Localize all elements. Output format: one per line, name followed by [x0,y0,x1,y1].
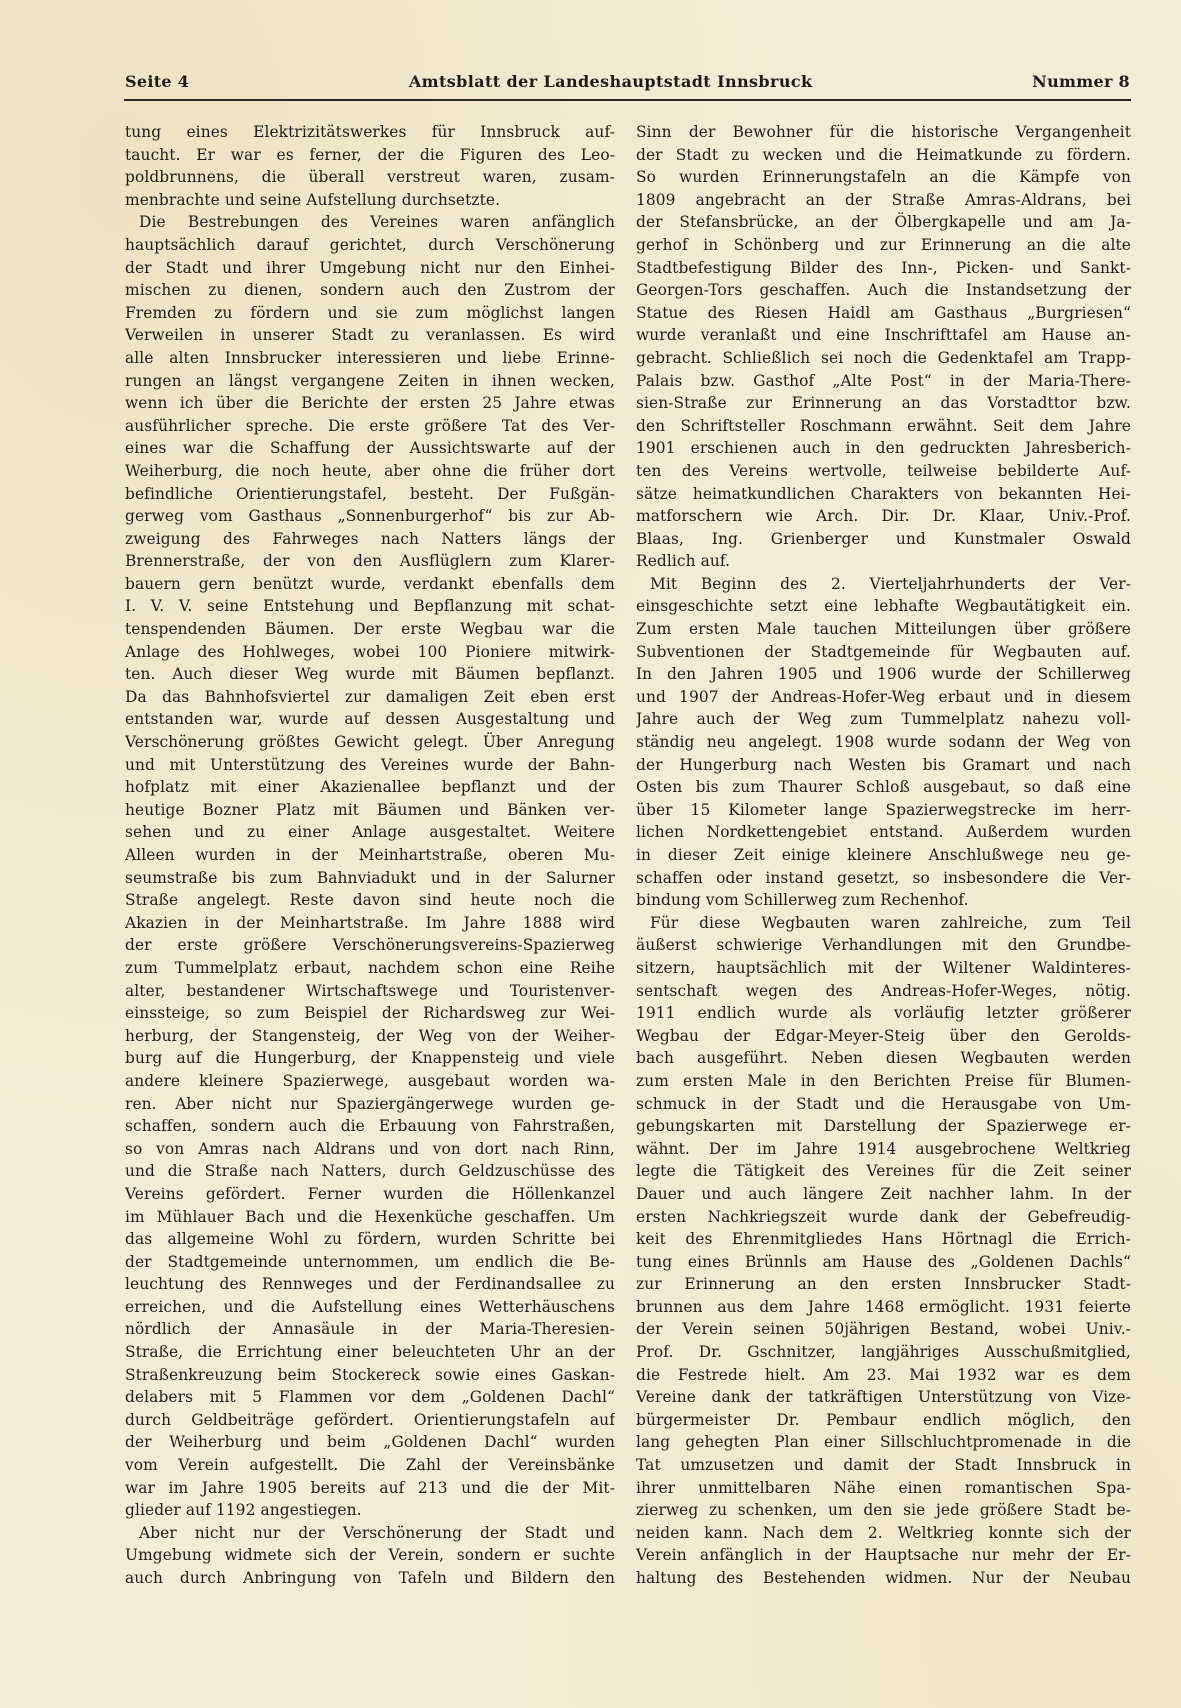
text-line: Für diese Wegbauten waren zahlreiche, zu… [636,912,1131,935]
text-line: taucht. Er war es ferner, der die Figure… [125,144,615,167]
text-line: lichen Nordkettengebiet entstand. Außerd… [636,821,1131,844]
newspaper-page: Seite 4 Amtsblatt der Landeshauptstadt I… [0,0,1181,1708]
text-line: Aber nicht nur der Verschönerung der Sta… [125,1522,615,1545]
text-line: der Stefansbrücke, an der Ölbergkapelle … [636,211,1131,234]
text-line: In den Jahren 1905 und 1906 wurde der Sc… [636,663,1131,686]
text-line: tung eines Brünnls am Hause des „Goldene… [636,1251,1131,1274]
text-line: die Festrede hielt. Am 23. Mai 1932 war … [636,1364,1131,1387]
page-number: Seite 4 [125,72,189,91]
text-line: Stadtbefestigung Bilder des Inn-, Picken… [636,257,1131,280]
text-line: ständig neu angelegt. 1908 wurde sodann … [636,731,1131,754]
text-line: Straße angelegt. Reste davon sind heute … [125,889,615,912]
text-line: andere kleinere Spazierwege, ausgebaut w… [125,1070,615,1093]
text-line: zweigung des Fahrweges nach Natters läng… [125,528,615,551]
text-line: zum Tummelplatz erbaut, nachdem schon ei… [125,957,615,980]
text-line: Vereine dank der tatkräftigen Unterstütz… [636,1386,1131,1409]
text-line: Sinn der Bewohner für die historische Ve… [636,121,1131,144]
text-line: Palais bzw. Gasthof „Alte Post“ in der M… [636,370,1131,393]
text-line: befindliche Orientierungstafel, besteht.… [125,483,615,506]
text-line: rungen an längst vergangene Zeiten in ih… [125,370,615,393]
issue-number: Nummer 8 [1032,72,1130,91]
text-line: und die Straße nach Natters, durch Geldz… [125,1160,615,1183]
text-line: der Hungerburg nach Westen bis Gramart u… [636,754,1131,777]
text-line: gerhof in Schönberg und zur Erinnerung a… [636,234,1131,257]
text-line: hofplatz mit einer Akazienallee bepflanz… [125,776,615,799]
text-line: ten. Auch dieser Weg wurde mit Bäumen be… [125,663,615,686]
text-line: Verweilen in unserer Stadt zu veranlasse… [125,324,615,347]
text-line: gebracht. Schließlich sei noch die Geden… [636,347,1131,370]
text-line: keit des Ehrenmitgliedes Hans Hörtnagl d… [636,1228,1131,1251]
text-line: bürgermeister Dr. Pembaur endlich möglic… [636,1409,1131,1432]
page-header: Seite 4 Amtsblatt der Landeshauptstadt I… [125,72,1130,98]
text-line: Statue des Riesen Haidl am Gasthaus „Bur… [636,302,1131,325]
text-line: auch durch Anbringung von Tafeln und Bil… [125,1567,615,1590]
text-line: Verein anfänglich in der Hauptsache nur … [636,1544,1131,1567]
text-line: tenspendenden Bäumen. Der erste Wegbau w… [125,618,615,641]
text-line: sien-Straße zur Erinnerung an das Vorsta… [636,392,1131,415]
text-line: Subventionen der Stadtgemeinde für Wegba… [636,641,1131,664]
text-line: war im Jahre 1905 bereits auf 213 und di… [125,1477,615,1500]
text-line: heutige Bozner Platz mit Bäumen und Bänk… [125,799,615,822]
text-line: das allgemeine Wohl zu fördern, wurden S… [125,1228,615,1251]
text-line: gerweg vom Gasthaus „Sonnenburgerhof“ bi… [125,505,615,528]
text-column-left: tung eines Elektrizitätswerkes für Innsb… [125,121,615,1590]
text-line: der Verein seinen 50jährigen Bestand, wo… [636,1318,1131,1341]
text-line: Georgen-Tors geschaffen. Auch die Instan… [636,279,1131,302]
text-line: einsgeschichte setzt eine lebhafte Wegba… [636,595,1131,618]
text-line: Die Bestrebungen des Vereines waren anfä… [125,211,615,234]
text-line: alter, bestandener Wirtschaftswege und T… [125,980,615,1003]
text-line: herburg, der Stangensteig, der Weg von d… [125,1025,615,1048]
text-line: zur Erinnerung an den ersten Innsbrucker… [636,1273,1131,1296]
text-line: lang gehegten Plan einer Sillschluchtpro… [636,1431,1131,1454]
text-line: Tat umzusetzen und damit der Stadt Innsb… [636,1454,1131,1477]
text-line: sehen und zu einer Anlage ausgestaltet. … [125,821,615,844]
text-line: mischen zu dienen, sondern auch den Zust… [125,279,615,302]
text-line: legte die Tätigkeit des Vereines für die… [636,1160,1131,1183]
text-line: so von Amras nach Aldrans und von dort n… [125,1138,615,1161]
text-line: der erste größere Verschönerungsvereins-… [125,934,615,957]
text-line: Wegbau der Edgar-Meyer-Steig über den Ge… [636,1025,1131,1048]
text-line: Umgebung widmete sich der Verein, sonder… [125,1544,615,1567]
text-line: Dauer und auch längere Zeit nachher lahm… [636,1183,1131,1206]
text-line: Akazien in der Meinhartstraße. Im Jahre … [125,912,615,935]
text-line: So wurden Erinnerungstafeln an die Kämpf… [636,166,1131,189]
text-line: burg auf die Hungerburg, der Knappenstei… [125,1047,615,1070]
text-line: 1911 endlich wurde als vorläufig letzter… [636,1002,1131,1025]
text-line: der Weiherburg und beim „Goldenen Dachl“… [125,1431,615,1454]
text-line: haltung des Bestehenden widmen. Nur der … [636,1567,1131,1590]
text-line: Straße, die Errichtung einer beleuchtete… [125,1341,615,1364]
text-line: wenn ich über die Berichte der ersten 25… [125,392,615,415]
text-line: einssteige, so zum Beispiel der Richards… [125,1002,615,1025]
text-line: Mit Beginn des 2. Vierteljahrhunderts de… [636,573,1131,596]
text-line: 1901 erschienen auch in den gedruckten J… [636,437,1131,460]
text-line: Weiherburg, die noch heute, aber ohne di… [125,460,615,483]
text-line: Prof. Dr. Gschnitzer, langjähriges Aussc… [636,1341,1131,1364]
text-line: Da das Bahnhofsviertel zur damaligen Zei… [125,686,615,709]
text-line: Redlich auf. [636,550,1131,573]
text-line: brunnen aus dem Jahre 1468 ermöglicht. 1… [636,1296,1131,1319]
text-line: zum ersten Male in den Berichten Preise … [636,1070,1131,1093]
text-line: Verschönerung größtes Gewicht gelegt. Üb… [125,731,615,754]
text-line: durch Geldbeiträge gefördert. Orientieru… [125,1409,615,1432]
text-line: delabers mit 5 Flammen vor dem „Goldenen… [125,1386,615,1409]
text-line: alle alten Innsbrucker interessieren und… [125,347,615,370]
text-line: ihrer unmittelbaren Nähe einen romantisc… [636,1477,1131,1500]
text-line: wurde veranlaßt und eine Inschrifttafel … [636,324,1131,347]
text-line: erreichen, und die Aufstellung eines Wet… [125,1296,615,1319]
text-line: Zum ersten Male tauchen Mitteilungen übe… [636,618,1131,641]
text-line: tung eines Elektrizitätswerkes für Innsb… [125,121,615,144]
text-line: poldbrunnens, die überall verstreut ware… [125,166,615,189]
text-line: eines war die Schaffung der Aussichtswar… [125,437,615,460]
text-line: zierweg zu schenken, um den sie jede grö… [636,1499,1131,1522]
header-rule [124,99,1131,101]
text-line: schaffen oder instand gesetzt, so insbes… [636,867,1131,890]
text-line: Vereins gefördert. Ferner wurden die Höl… [125,1183,615,1206]
text-line: schaffen, sondern auch die Erbauung von … [125,1115,615,1138]
text-line: der Stadt zu wecken und die Heimatkunde … [636,144,1131,167]
text-line: bindung vom Schillerweg zum Rechenhof. [636,889,1131,912]
text-line: Straßenkreuzung beim Stockereck sowie ei… [125,1364,615,1387]
text-line: der Stadt und ihrer Umgebung nicht nur d… [125,257,615,280]
text-line: im Mühlauer Bach und die Hexenküche gesc… [125,1206,615,1229]
text-line: leuchtung des Rennweges und der Ferdinan… [125,1273,615,1296]
text-line: menbrachte und seine Aufstellung durchse… [125,189,615,212]
text-line: Jahre auch der Weg zum Tummelplatz nahez… [636,708,1131,731]
text-line: Alleen wurden in der Meinhartstraße, obe… [125,844,615,867]
publication-title: Amtsblatt der Landeshauptstadt Innsbruck [409,72,813,91]
text-line: gebungskarten mit Darstellung der Spazie… [636,1115,1131,1138]
text-line: seumstraße bis zum Bahnviadukt und in de… [125,867,615,890]
text-line: neiden kann. Nach dem 2. Weltkrieg konnt… [636,1522,1131,1545]
text-line: ren. Aber nicht nur Spaziergängerwege wu… [125,1093,615,1116]
text-line: entstanden war, wurde auf dessen Ausgest… [125,708,615,731]
text-line: Anlage des Hohlweges, wobei 100 Pioniere… [125,641,615,664]
text-line: wähnt. Der im Jahre 1914 ausgebrochene W… [636,1138,1131,1161]
text-line: vom Verein aufgestellt. Die Zahl der Ver… [125,1454,615,1477]
text-line: äußerst schwierige Verhandlungen mit den… [636,934,1131,957]
text-line: über 15 Kilometer lange Spazierwegstreck… [636,799,1131,822]
text-line: und mit Unterstützung des Vereines wurde… [125,754,615,777]
text-line: 1809 angebracht an der Straße Amras-Aldr… [636,189,1131,212]
text-line: Fremden zu fördern und sie zum möglichst… [125,302,615,325]
text-line: hauptsächlich darauf gerichtet, durch Ve… [125,234,615,257]
text-line: ersten Nachkriegszeit wurde dank der Geb… [636,1206,1131,1229]
text-line: in dieser Zeit einige kleinere Anschlußw… [636,844,1131,867]
text-line: sätze heimatkundlichen Charakters von be… [636,483,1131,506]
text-line: Osten bis zum Thaurer Schloß ausgebaut, … [636,776,1131,799]
text-line: glieder auf 1192 angestiegen. [125,1499,615,1522]
text-line: Blaas, Ing. Grienberger und Kunstmaler O… [636,528,1131,551]
text-line: bach ausgeführt. Neben diesen Wegbauten … [636,1047,1131,1070]
text-column-right: Sinn der Bewohner für die historische Ve… [636,121,1131,1590]
text-line: schmuck in der Stadt und die Herausgabe … [636,1093,1131,1116]
text-line: matforschern wie Arch. Dir. Dr. Klaar, U… [636,505,1131,528]
text-line: den Schriftsteller Roschmann erwähnt. Se… [636,415,1131,438]
text-line: ausführlicher spreche. Die erste größere… [125,415,615,438]
text-line: nördlich der Annasäule in der Maria-Ther… [125,1318,615,1341]
text-line: sitzern, hauptsächlich mit der Wiltener … [636,957,1131,980]
text-line: und 1907 der Andreas-Hofer-Weg erbaut un… [636,686,1131,709]
text-line: sentschaft wegen des Andreas-Hofer-Weges… [636,980,1131,1003]
text-line: I. V. V. seine Entstehung und Bepflanzun… [125,595,615,618]
text-line: Brennerstraße, der von den Ausflüglern z… [125,550,615,573]
text-line: bauern gern benützt wurde, verdankt eben… [125,573,615,596]
text-line: ten des Vereins wertvolle, teilweise beb… [636,460,1131,483]
text-line: der Stadtgemeinde unternommen, um endlic… [125,1251,615,1274]
